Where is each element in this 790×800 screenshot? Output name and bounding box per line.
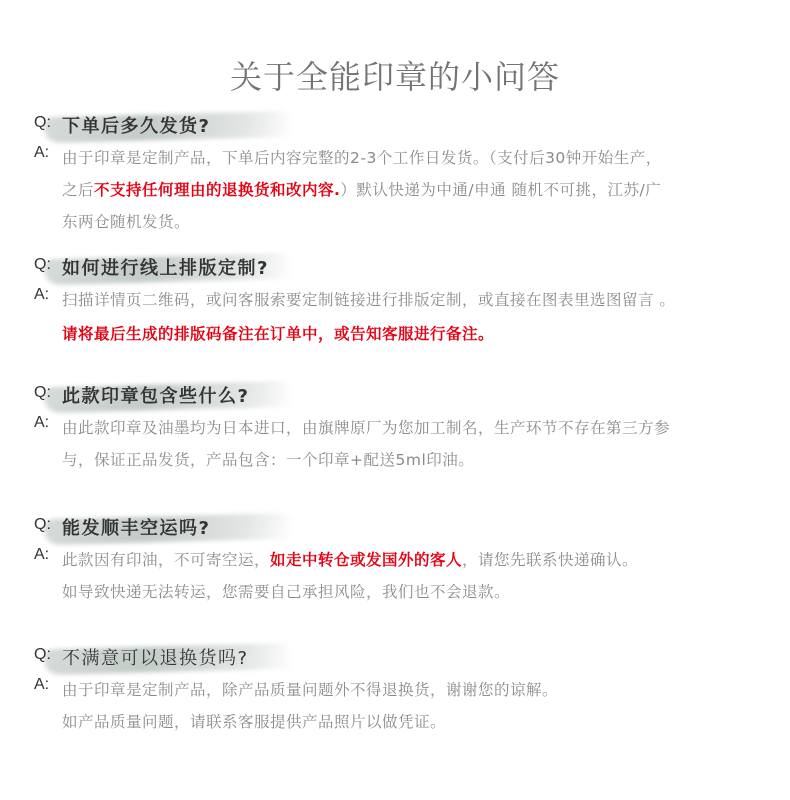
- q-label: Q:: [34, 516, 51, 534]
- question-text: 如何进行线上排版定制?: [62, 254, 269, 280]
- answer-line: 请将最后生成的排版码备注在订单中，或告知客服进行备注。: [62, 318, 778, 350]
- answer-line: 由于印章是定制产品，除产品质量问题外不得退换货，谢谢您的谅解。: [62, 674, 778, 706]
- answer-line: 如导致快递无法转运，您需要自己承担风险，我们也不会退款。: [62, 576, 778, 608]
- answer-text: ，请您先联系快递确认。: [462, 551, 638, 569]
- faq-item-air-shipping: Q: 能发顺丰空运吗? A: 此款因有印油，不可寄空运，如走中转仓或发国外的客人…: [0, 512, 790, 608]
- faq-item-online-layout: Q: 如何进行线上排版定制? A: 扫描详情页二维码，或问客服索要定制链接进行排…: [0, 252, 790, 350]
- faq-item-returns: Q: 不满意可以退换货吗? A: 由于印章是定制产品，除产品质量问题外不得退换货…: [0, 642, 790, 738]
- question-row: Q: 如何进行线上排版定制?: [0, 252, 790, 284]
- question-text: 能发顺丰空运吗?: [62, 514, 210, 540]
- answer-block: A: 此款因有印油，不可寄空运，如走中转仓或发国外的客人，请您先联系快递确认。 …: [0, 544, 790, 608]
- a-label: A:: [34, 546, 49, 564]
- highlight-text: 如走中转仓或发国外的客人: [270, 551, 462, 569]
- answer-line: 由此款印章及油墨均为日本进口，由旗牌原厂为您加工制名，生产环节不存在第三方参: [62, 412, 778, 444]
- answer-block: A: 由于印章是定制产品，除产品质量问题外不得退换货，谢谢您的谅解。 如产品质量…: [0, 674, 790, 738]
- question-row: Q: 此款印章包含些什么?: [0, 380, 790, 412]
- answer-line: 东两仓随机发货。: [62, 206, 778, 238]
- answer-block: A: 由于印章是定制产品，下单后内容完整的2-3个工作日发货。（支付后30钟开始…: [0, 142, 790, 238]
- a-label: A:: [34, 144, 49, 162]
- a-label: A:: [34, 286, 49, 304]
- question-row: Q: 能发顺丰空运吗?: [0, 512, 790, 544]
- answer-text: 之后: [62, 181, 94, 199]
- answer-line: 由于印章是定制产品，下单后内容完整的2-3个工作日发货。（支付后30钟开始生产，: [62, 142, 778, 174]
- answer-line: 扫描详情页二维码，或问客服索要定制链接进行排版定制，或直接在图表里选图留言 。: [62, 284, 778, 316]
- answer-block: A: 由此款印章及油墨均为日本进口，由旗牌原厂为您加工制名，生产环节不存在第三方…: [0, 412, 790, 476]
- answer-line: 之后不支持任何理由的退换货和改内容.）默认快递为中通/申通 随机不可挑，江苏/广: [62, 174, 778, 206]
- question-row: Q: 不满意可以退换货吗?: [0, 642, 790, 674]
- answer-text: ）默认快递为中通/申通 随机不可挑，江苏/广: [340, 181, 661, 199]
- q-label: Q:: [34, 256, 51, 274]
- answer-line: 此款因有印油，不可寄空运，如走中转仓或发国外的客人，请您先联系快递确认。: [62, 544, 778, 576]
- a-label: A:: [34, 676, 49, 694]
- question-text: 不满意可以退换货吗?: [62, 644, 249, 670]
- highlight-text: 不支持任何理由的退换货和改内容.: [94, 181, 340, 199]
- q-label: Q:: [34, 384, 51, 402]
- question-text: 下单后多久发货?: [62, 112, 210, 138]
- faq-item-package-contents: Q: 此款印章包含些什么? A: 由此款印章及油墨均为日本进口，由旗牌原厂为您加…: [0, 380, 790, 476]
- page-title: 关于全能印章的小问答: [0, 52, 790, 98]
- answer-line: 与，保证正品发货，产品包含：一个印章+配送5ml印油。: [62, 444, 778, 476]
- a-label: A:: [34, 414, 49, 432]
- highlight-text: 请将最后生成的排版码备注在订单中，或告知客服进行备注。: [62, 325, 494, 343]
- answer-text: 此款因有印油，不可寄空运，: [62, 551, 270, 569]
- faq-item-shipping-time: Q: 下单后多久发货? A: 由于印章是定制产品，下单后内容完整的2-3个工作日…: [0, 110, 790, 238]
- answer-block: A: 扫描详情页二维码，或问客服索要定制链接进行排版定制，或直接在图表里选图留言…: [0, 284, 790, 350]
- question-text: 此款印章包含些什么?: [62, 382, 249, 408]
- answer-line: 如产品质量问题，请联系客服提供产品照片以做凭证。: [62, 706, 778, 738]
- q-label: Q:: [34, 114, 51, 132]
- q-label: Q:: [34, 646, 51, 664]
- question-row: Q: 下单后多久发货?: [0, 110, 790, 142]
